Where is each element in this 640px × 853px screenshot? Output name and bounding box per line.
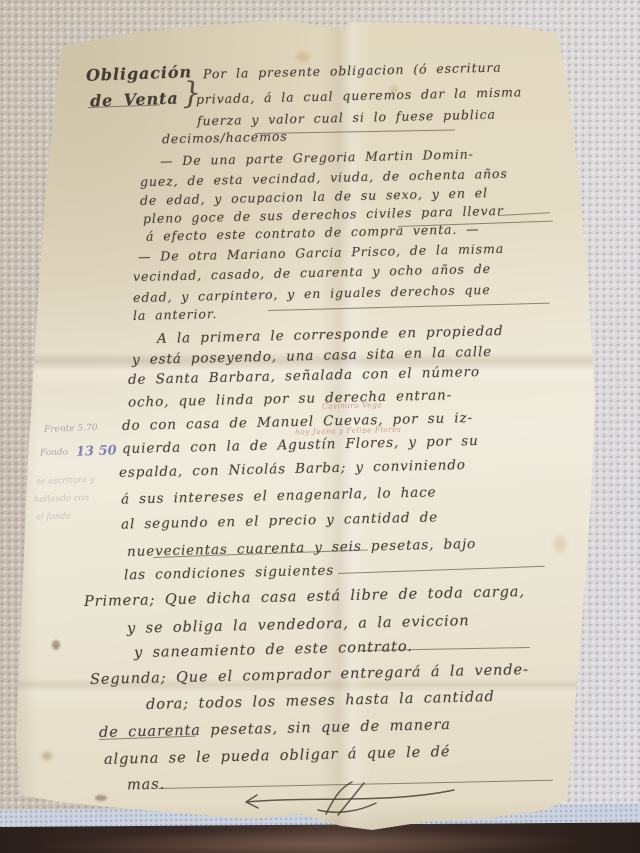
manuscript-line: Por la presente obligacion (ó escritura	[203, 60, 502, 82]
stain	[52, 640, 60, 650]
manuscript-line: las condiciones siguientes	[124, 563, 334, 584]
manuscript-line: á sus intereses el enagenarla, lo hace	[121, 484, 437, 507]
manuscript-line: — De otra Mariano Garcia Prisco, de la m…	[138, 241, 504, 264]
stain	[42, 752, 52, 760]
manuscript-line: espalda, con Nicolás Barba; y conviniend…	[119, 457, 466, 481]
manuscript-line: A la primera le corresponde en propiedad	[157, 323, 504, 347]
margin-note-faint: se escritura y	[36, 475, 95, 487]
manuscript-line: Segunda; Que el comprador entregará á la…	[90, 662, 529, 688]
heading-obligacion: Obligación	[86, 62, 193, 85]
signature-rubric-flourish	[238, 780, 460, 818]
manuscript-line: alguna se le pueda obligar á que le dé	[104, 744, 451, 768]
manuscript-line: quierda con la de Agustín Flores, y por …	[122, 433, 479, 457]
manuscript-line: la anterior.	[133, 306, 218, 323]
manuscript-line: al segundo en el precio y cantidad de	[121, 509, 438, 532]
manuscript-line: decimos/hacemos	[162, 129, 288, 147]
stain	[390, 86, 398, 93]
stain	[296, 52, 310, 62]
document-paper: Obligación de Venta } Por la presente ob…	[0, 0, 640, 853]
ink-rule	[498, 212, 550, 216]
interlinear-note: Casimiro Vega	[322, 400, 382, 411]
manuscript-line: ocho, que linda por su derecha entran-	[128, 387, 452, 410]
margin-note-faint: hallando con	[34, 493, 89, 505]
dark-table-band	[0, 822, 640, 853]
stain	[95, 795, 107, 801]
manuscript-line: y se obliga la vendedora, a la eviccion	[127, 613, 470, 637]
ink-rule	[268, 303, 550, 312]
manuscript-photo: Obligación de Venta } Por la presente ob…	[0, 0, 640, 853]
manuscript-line: mas.	[127, 777, 165, 794]
manuscript-line: — De una parte Gregoria Martin Domin-	[160, 146, 474, 168]
ink-rule	[338, 566, 545, 575]
manuscript-line: privada, á la cual queremos dar la misma	[196, 84, 522, 106]
stain	[554, 536, 566, 552]
manuscript-line: Primera; Que dicha casa está libre de to…	[84, 584, 525, 610]
margin-note-fondo-value: 13 50	[76, 443, 117, 459]
manuscript-line: edad, y carpintero, y en iguales derecho…	[133, 282, 491, 305]
margin-note-fondo-label: Fondo	[40, 448, 68, 459]
manuscript-line: de Santa Barbara, señalada con el número	[128, 364, 480, 388]
margin-note-faint: el fondo	[36, 511, 71, 522]
manuscript-line: fuerza y valor cual si lo fuese publica	[197, 107, 496, 129]
manuscript-line: dora; todos los meses hasta la cantidad	[146, 689, 495, 713]
manuscript-line: vecindad, casado, de cuarenta y ocho año…	[133, 261, 491, 284]
margin-note-frente: Frente 5.70	[44, 423, 98, 435]
